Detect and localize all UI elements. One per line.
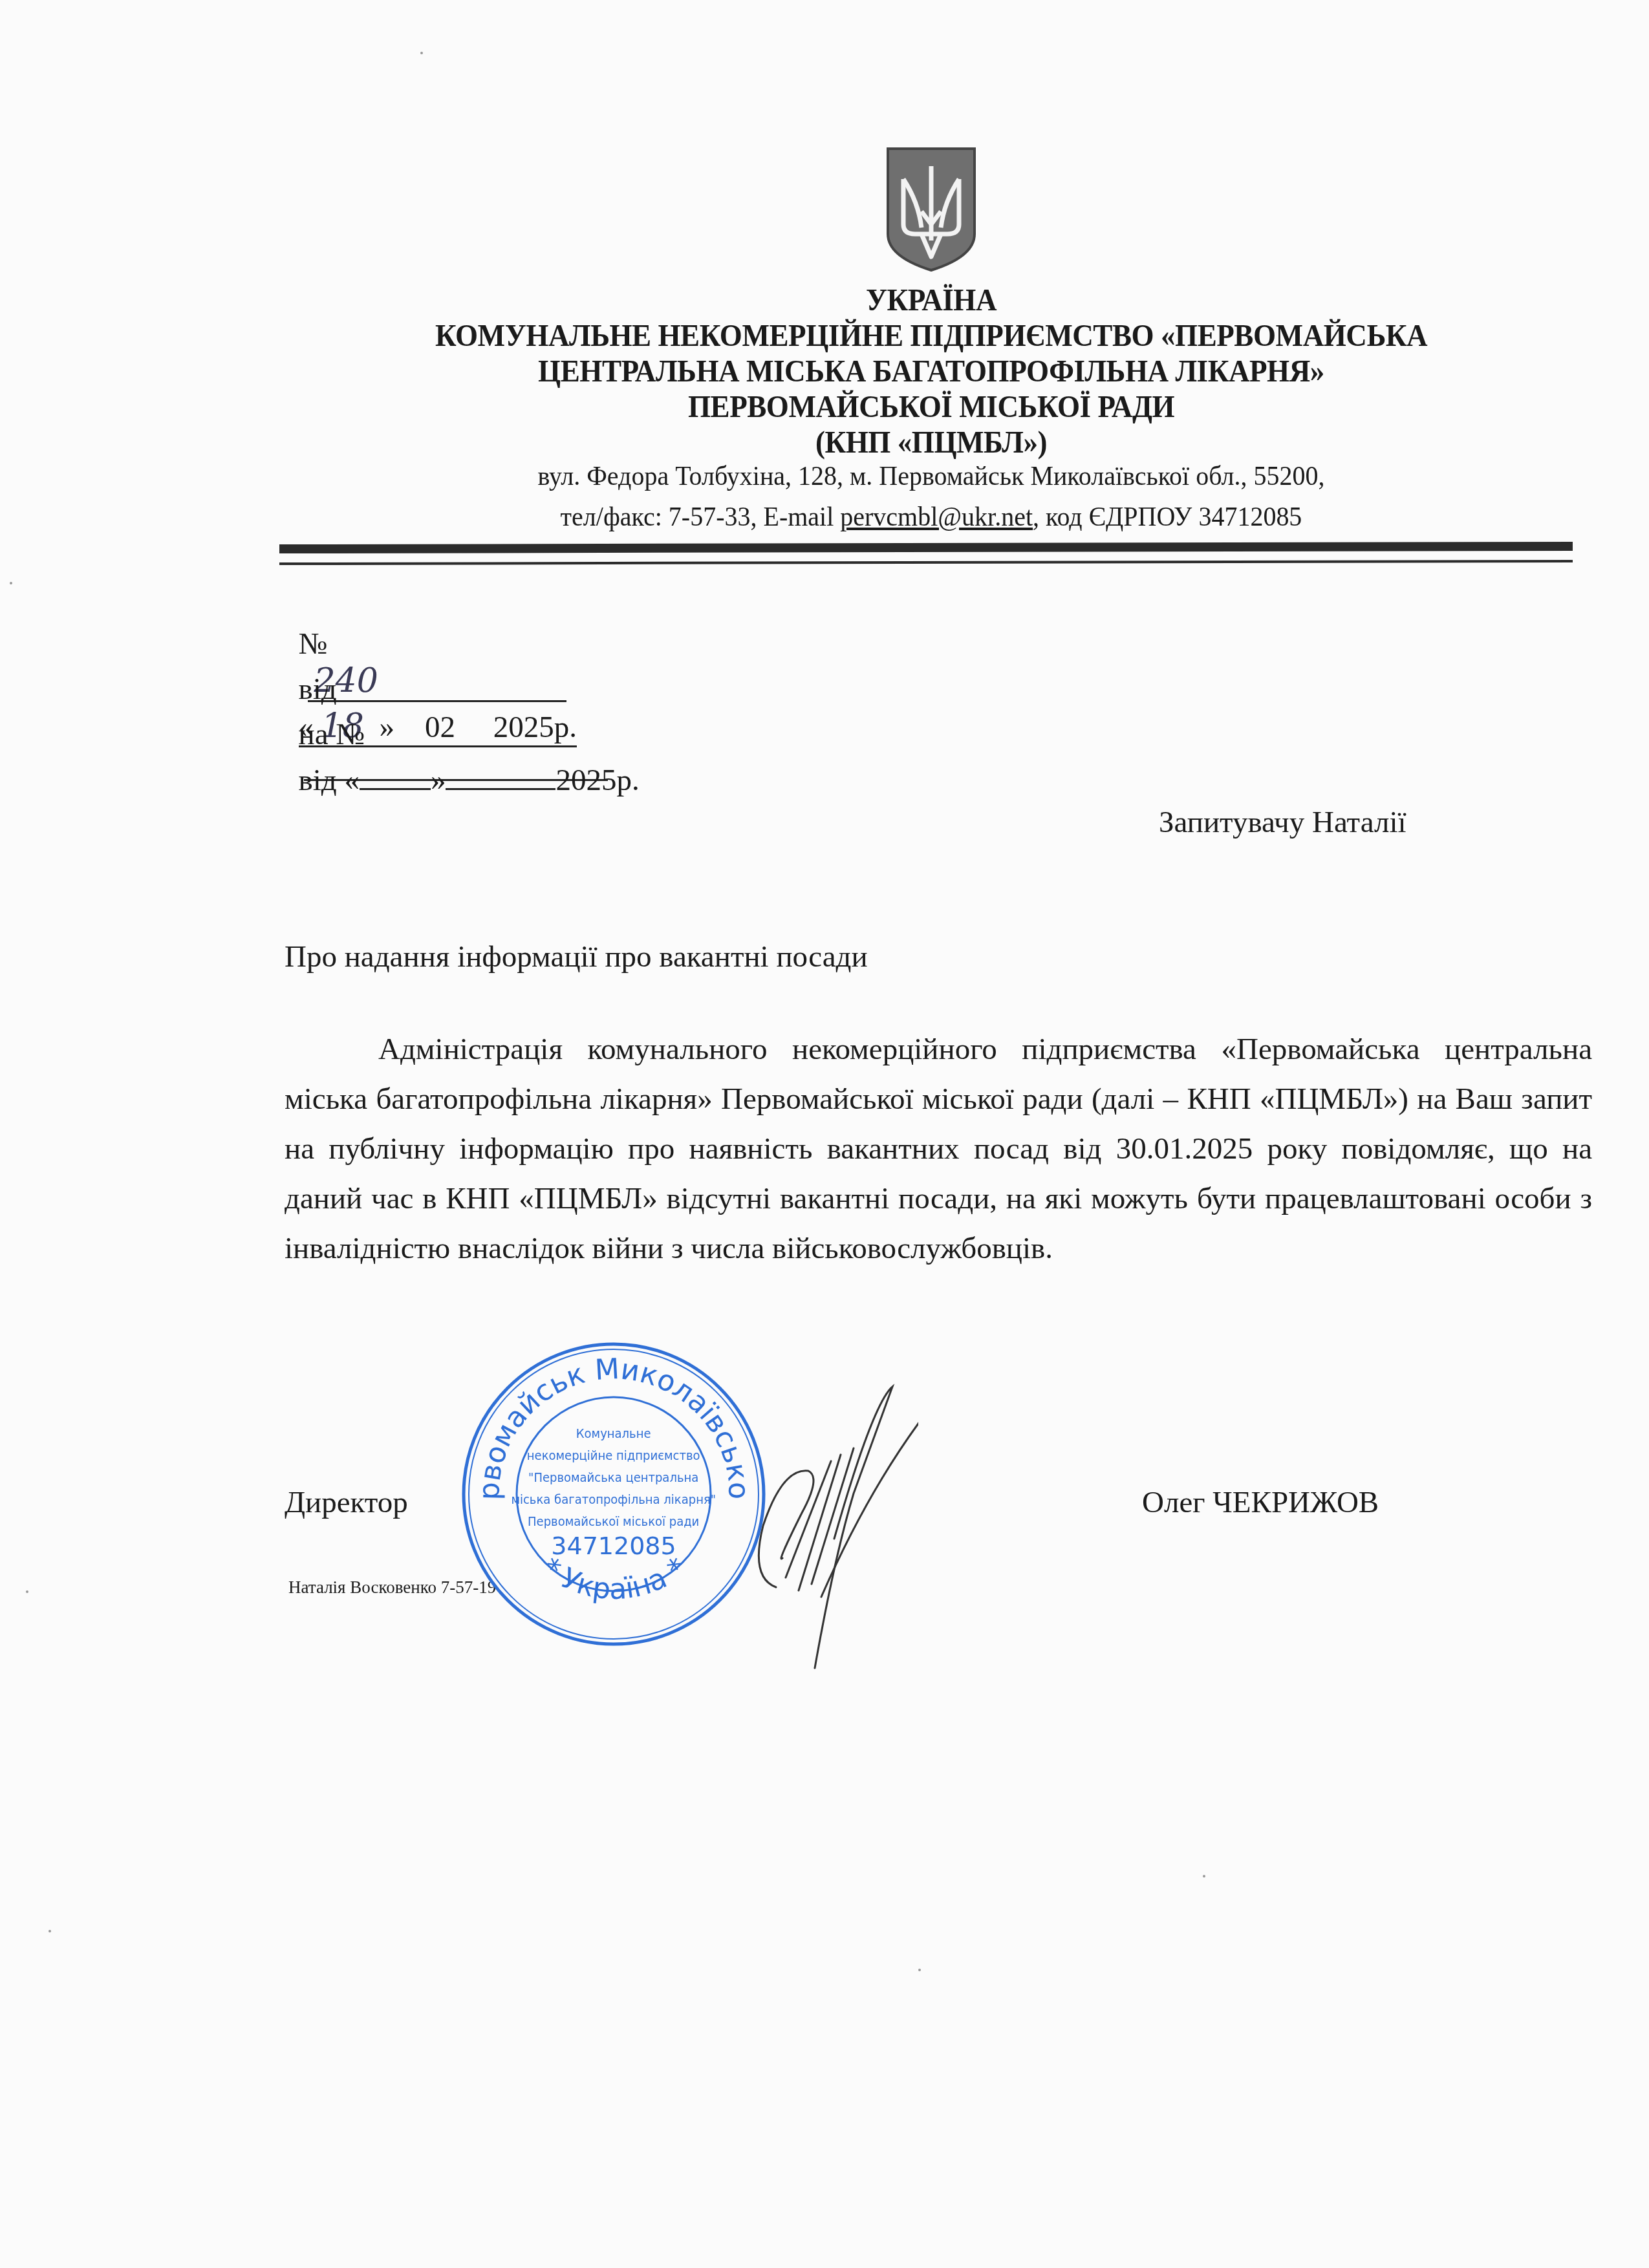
contacts-suffix: , код ЄДРПОУ 34712085 bbox=[1033, 502, 1302, 532]
header-divider-thin bbox=[279, 560, 1573, 565]
handwritten-signature bbox=[737, 1364, 918, 1674]
org-short-name: (КНП «ПЦМБЛ») bbox=[74, 423, 1649, 460]
subject-line: Про надання інформації про вакантні поса… bbox=[285, 939, 868, 974]
country-title: УКРАЇНА bbox=[74, 281, 1649, 318]
svg-text:некомерційне підприємство: некомерційне підприємство bbox=[527, 1448, 700, 1463]
email-link[interactable]: pervcmbl@ukr.net bbox=[840, 502, 1033, 532]
svg-text:Комунальне: Комунальне bbox=[576, 1426, 651, 1441]
stamp-code: 34712085 bbox=[551, 1532, 676, 1560]
org-name-line-1: КОМУНАЛЬНЕ НЕКОМЕРЦІЙНЕ ПІДПРИЄМСТВО «ПЕ… bbox=[74, 317, 1649, 354]
ref-date-year: 2025р. bbox=[555, 764, 639, 797]
scan-speck bbox=[420, 52, 423, 54]
ref-day-blank bbox=[360, 762, 431, 790]
body-paragraph: Адміністрація комунального некомерційног… bbox=[285, 1025, 1592, 1274]
scan-speck bbox=[918, 1969, 921, 1971]
ref-date-label: від bbox=[299, 764, 337, 797]
scan-speck bbox=[10, 582, 12, 584]
svg-text:міська багатопрофільна лікарня: міська багатопрофільна лікарня" bbox=[511, 1492, 716, 1507]
scan-speck bbox=[26, 1590, 28, 1593]
signatory-position: Директор bbox=[285, 1485, 408, 1520]
reference-date-field: від «»2025р. bbox=[283, 727, 640, 798]
ref-month-blank bbox=[446, 762, 555, 790]
org-contacts: тел/факс: 7-57-33, E-mail pervcmbl@ukr.n… bbox=[65, 501, 1649, 533]
addressee: Запитувачу Наталії bbox=[1159, 805, 1406, 840]
scan-speck bbox=[1203, 1875, 1205, 1878]
scan-speck bbox=[48, 1930, 51, 1932]
org-address: вул. Федора Толбухіна, 128, м. Первомайс… bbox=[65, 460, 1649, 492]
org-name-line-3: ПЕРВОМАЙСЬКОЇ МІСЬКОЇ РАДИ bbox=[74, 388, 1649, 425]
org-name-line-2: ЦЕНТРАЛЬНА МІСЬКА БАГАТОПРОФІЛЬНА ЛІКАРН… bbox=[74, 352, 1649, 389]
svg-text:Первомайської міської ради: Первомайської міської ради bbox=[528, 1514, 699, 1529]
header-divider-thick bbox=[279, 542, 1573, 553]
svg-text:"Первомайська центральна: "Первомайська центральна bbox=[528, 1470, 698, 1485]
contacts-prefix: тел/факс: 7-57-33, E-mail bbox=[561, 502, 841, 532]
official-stamp: місто Первомайськ Миколаївської області … bbox=[460, 1341, 768, 1648]
signatory-name: Олег ЧЕКРИЖОВ bbox=[1142, 1485, 1379, 1520]
trident-coat-of-arms-icon bbox=[883, 144, 980, 273]
